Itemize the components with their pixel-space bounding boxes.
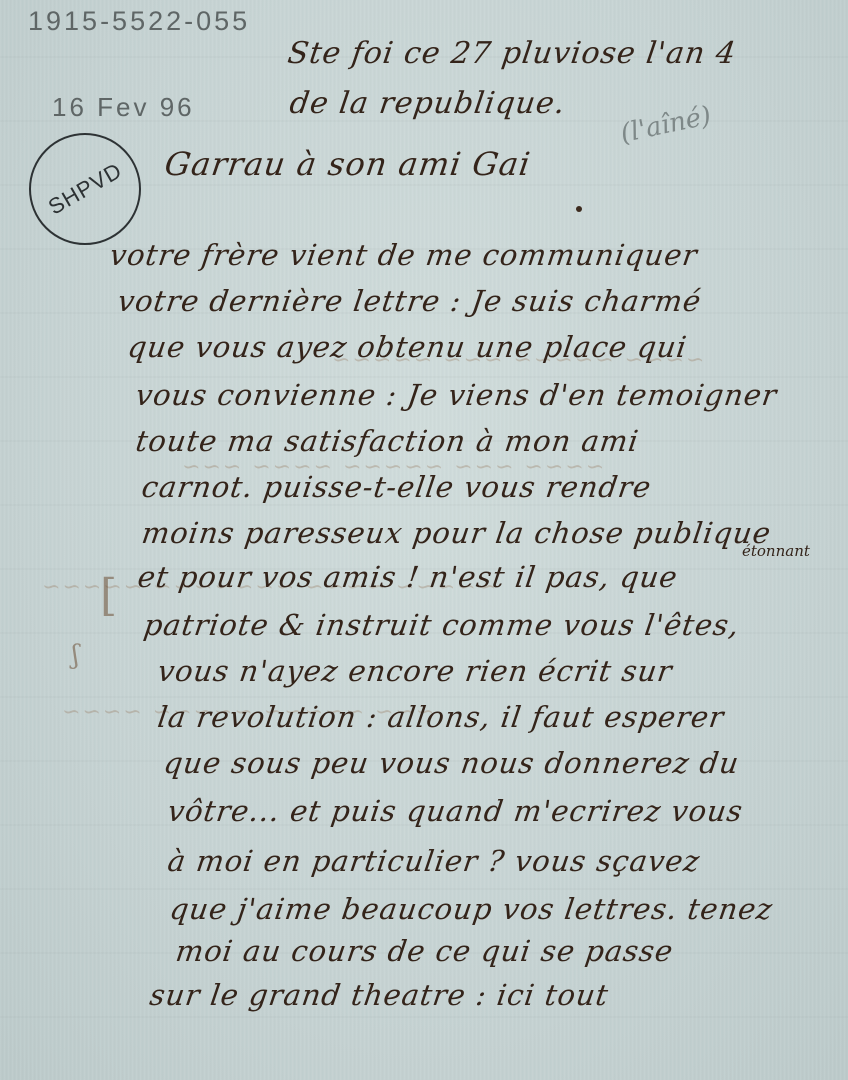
body-line-7: moins paresseux pour la chose publique <box>140 516 774 550</box>
reference-number: 1915-5522-055 <box>28 6 250 37</box>
archive-stamp: SHPVD <box>29 133 141 245</box>
interlinear-insertion: étonnant <box>742 542 810 560</box>
body-line-1: votre frère vient de me communiquer <box>108 238 700 272</box>
body-line-10: vous n'ayez encore rien écrit sur <box>156 654 675 688</box>
margin-mark: ʃ <box>72 640 79 670</box>
body-line-5: toute ma satisfaction à mon ami <box>134 424 642 458</box>
body-line-2: votre dernière lettre : Je suis charmé <box>116 284 704 318</box>
body-line-9: patriote & instruit comme vous l'êtes, <box>142 608 742 642</box>
body-line-6: carnot. puisse-t-elle vous rendre <box>140 470 654 504</box>
archive-date: 16 Fev 96 <box>52 92 195 123</box>
salutation: Garrau à son ami Gai <box>162 145 533 183</box>
body-line-16: moi au cours de ce qui se passe <box>174 934 676 968</box>
dateline-line-2: de la republique. <box>288 86 568 121</box>
body-line-14: à moi en particulier ? vous sçavez <box>166 844 703 878</box>
body-line-15: que j'aime beaucoup vos lettres. tenez <box>168 892 776 926</box>
body-line-3: que vous ayez obtenu une place qui <box>126 330 690 364</box>
body-line-12: que sous peu vous nous donnerez du <box>162 746 742 780</box>
body-line-13: vôtre... et puis quand m'ecrirez vous <box>166 794 746 828</box>
margin-bracket-mark: [ <box>100 570 117 621</box>
body-line-11: la revolution : allons, il faut esperer <box>156 700 727 734</box>
body-line-4: vous convienne : Je viens d'en temoigner <box>134 378 780 412</box>
stamp-text: SHPVD <box>44 158 127 221</box>
body-line-8: et pour vos amis ! n'est il pas, que <box>136 560 680 594</box>
ink-dot <box>576 206 582 212</box>
dateline-line-1: Ste foi ce 27 pluviose l'an 4 <box>286 36 739 71</box>
body-line-17: sur le grand theatre : ici tout <box>148 978 611 1012</box>
